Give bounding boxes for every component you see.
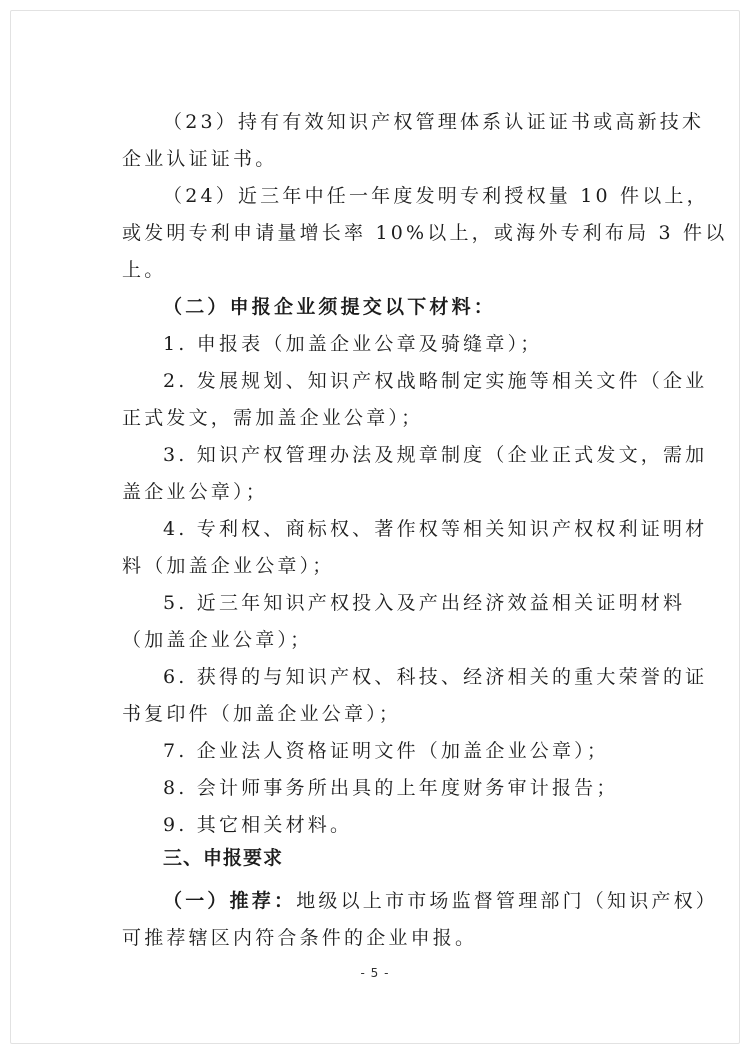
material-item-8: 8. 会计师事务所出具的上年度财务审计报告； xyxy=(163,770,633,807)
recommend-paragraph-cont: 可推荐辖区内符合条件的企业申报。 xyxy=(122,920,632,957)
paragraph-line-24-end: 上。 xyxy=(122,252,632,289)
page-number: - 5 - xyxy=(0,966,750,980)
material-item-9: 9. 其它相关材料。 xyxy=(163,807,633,844)
paragraph-line-23: （23）持有有效知识产权管理体系认证证书或高新技术 xyxy=(163,104,633,141)
material-item-3-cont: 盖企业公章）； xyxy=(122,474,632,511)
subsection-heading-materials: （二）申报企业须提交以下材料： xyxy=(163,289,633,326)
material-item-7: 7. 企业法人资格证明文件（加盖企业公章）； xyxy=(163,733,633,770)
material-item-2: 2. 发展规划、知识产权战略制定实施等相关文件（企业 xyxy=(163,363,633,400)
material-item-6-cont: 书复印件（加盖企业公章）； xyxy=(122,696,632,733)
recommend-label: （一）推荐： xyxy=(163,890,296,912)
material-item-5-cont: （加盖企业公章）； xyxy=(122,622,632,659)
material-item-3: 3. 知识产权管理办法及规章制度（企业正式发文，需加 xyxy=(163,437,633,474)
paragraph-line-24-cont: 或发明专利申请量增长率 10%以上，或海外专利布局 3 件以 xyxy=(122,215,632,252)
material-item-1: 1. 申报表（加盖企业公章及骑缝章）； xyxy=(163,326,633,363)
material-item-6: 6. 获得的与知识产权、科技、经济相关的重大荣誉的证 xyxy=(163,659,633,696)
material-item-4-cont: 料（加盖企业公章）； xyxy=(122,548,632,585)
material-item-5: 5. 近三年知识产权投入及产出经济效益相关证明材料 xyxy=(163,585,633,622)
recommend-paragraph: （一）推荐：地级以上市市场监督管理部门（知识产权） xyxy=(163,883,633,920)
paragraph-line-24: （24）近三年中任一年度发明专利授权量 10 件以上， xyxy=(163,178,633,215)
paragraph-line-23-cont: 企业认证证书。 xyxy=(122,141,632,178)
recommend-text: 地级以上市市场监督管理部门（知识产权） xyxy=(296,890,718,912)
material-item-4: 4. 专利权、商标权、著作权等相关知识产权权利证明材 xyxy=(163,511,633,548)
section-heading-requirements: 三、申报要求 xyxy=(163,840,633,877)
material-item-2-cont: 正式发文，需加盖企业公章）； xyxy=(122,400,632,437)
